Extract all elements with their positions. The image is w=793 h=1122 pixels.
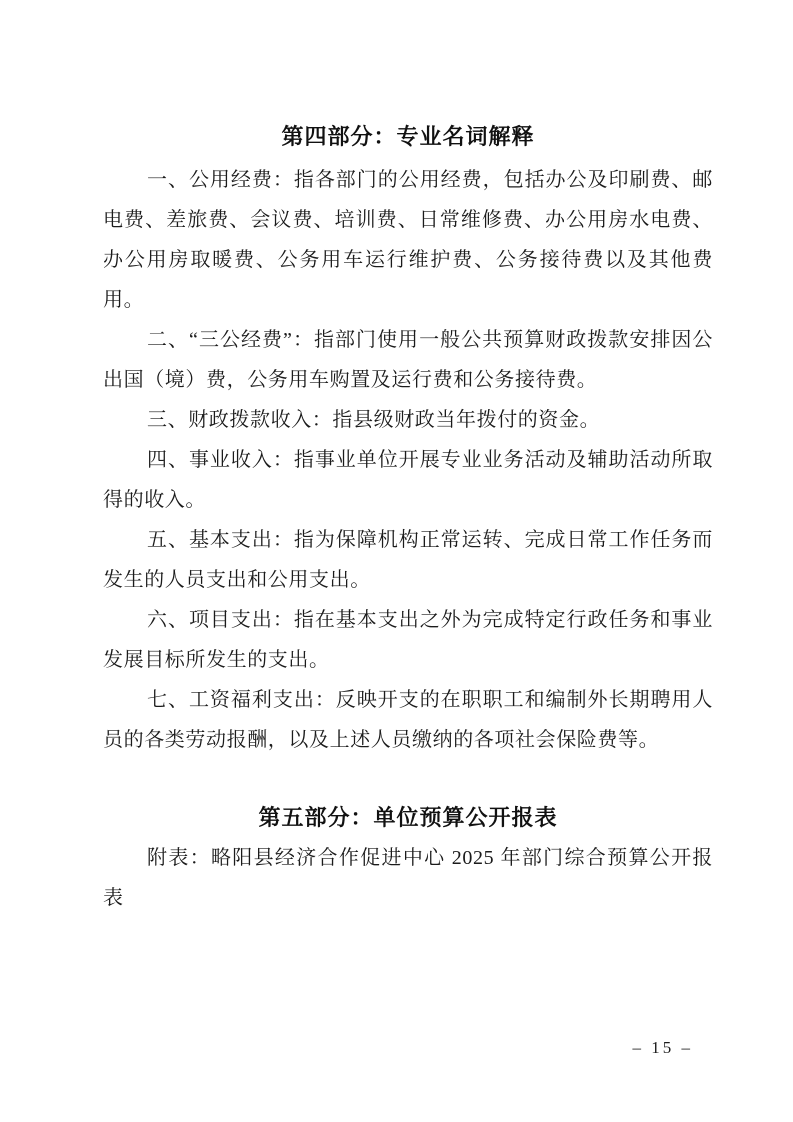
page-number: – 15 – [633,1036,694,1060]
section-terms-glossary: 第四部分：专业名词解释 一、公用经费：指各部门的公用经费，包括办公及印刷费、邮电… [103,117,713,760]
term-definition-public-funds: 一、公用经费：指各部门的公用经费，包括办公及印刷费、邮电费、差旅费、会议费、培训… [103,160,713,320]
term-definition-salary-welfare-expenditure: 七、工资福利支出：反映开支的在职职工和编制外长期聘用人员的各类劳动报酬，以及上述… [103,680,713,760]
term-definition-three-public-expenses: 二、“三公经费”：指部门使用一般公共预算财政拨款安排因公出国（境）费，公务用车购… [103,320,713,400]
section-budget-report-title: 第五部分：单位预算公开报表 [103,798,713,838]
document-page: 第四部分：专业名词解释 一、公用经费：指各部门的公用经费，包括办公及印刷费、邮电… [0,0,793,1122]
section-terms-title: 第四部分：专业名词解释 [103,117,713,157]
term-definition-project-expenditure: 六、项目支出：指在基本支出之外为完成特定行政任务和事业发展目标所发生的支出。 [103,600,713,680]
appendix-note: 附表：略阳县经济合作促进中心 2025 年部门综合预算公开报表 [103,838,713,918]
term-definition-fiscal-appropriation-income: 三、财政拨款收入：指县级财政当年拨付的资金。 [103,400,713,440]
term-definition-basic-expenditure: 五、基本支出：指为保障机构正常运转、完成日常工作任务而发生的人员支出和公用支出。 [103,520,713,600]
section-budget-report: 第五部分：单位预算公开报表 附表：略阳县经济合作促进中心 2025 年部门综合预… [103,798,713,918]
page-content: 第四部分：专业名词解释 一、公用经费：指各部门的公用经费，包括办公及印刷费、邮电… [103,117,713,918]
term-definition-operational-income: 四、事业收入：指事业单位开展专业业务活动及辅助活动所取得的收入。 [103,440,713,520]
